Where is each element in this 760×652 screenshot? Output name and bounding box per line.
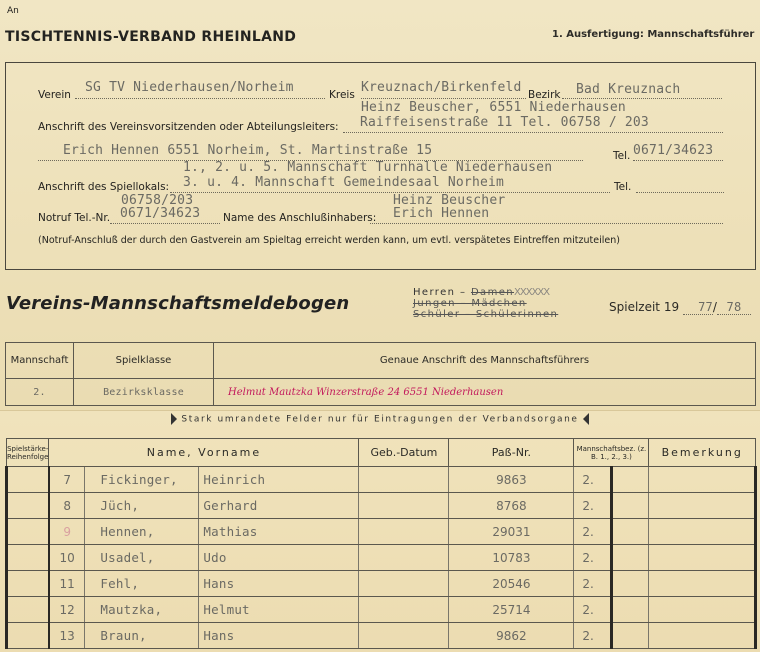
remark-cell[interactable]	[649, 493, 756, 519]
row-number: 10	[49, 545, 85, 571]
rank-cell[interactable]	[7, 571, 49, 597]
emergency-line2[interactable]: 0671/34623	[110, 206, 220, 224]
rank-cell[interactable]	[7, 467, 49, 493]
emergency-label: Notruf Tel.-Nr.	[38, 212, 110, 224]
table-row: 11 Fehl, Hans 20546 2.	[7, 571, 756, 597]
triangle-right-icon	[171, 413, 177, 425]
holder-label: Name des Anschlußinhabers:	[223, 212, 376, 224]
team-ref[interactable]: 2.	[574, 467, 612, 493]
table-row: 9 Hennen, Mathias 29031 2.	[7, 519, 756, 545]
holder-line2[interactable]: Erich Hennen	[370, 206, 723, 224]
player-table-header: Spielstärke-Reihenfolge Name, Vorname Ge…	[7, 439, 756, 467]
row-number: 12	[49, 597, 85, 623]
header-mannschaft: Mannschaft	[6, 343, 74, 379]
last-name[interactable]: Braun,	[85, 623, 199, 649]
birth-date[interactable]	[359, 623, 449, 649]
header-captain-address: Genaue Anschrift des Mannschaftsführers	[214, 343, 756, 379]
team-ref[interactable]: 2.	[574, 623, 612, 649]
rank-cell[interactable]	[7, 545, 49, 571]
birth-date[interactable]	[359, 545, 449, 571]
federation-cell[interactable]	[612, 519, 649, 545]
birth-date[interactable]	[359, 467, 449, 493]
row-number: 11	[49, 571, 85, 597]
team-number[interactable]: 2.	[6, 379, 74, 406]
remark-cell[interactable]	[649, 545, 756, 571]
first-name[interactable]: Gerhard	[199, 493, 359, 519]
last-name[interactable]: Hennen,	[85, 519, 199, 545]
header-birth: Geb.-Datum	[359, 439, 449, 467]
pass-number[interactable]: 25714	[449, 597, 574, 623]
last-name[interactable]: Fickinger,	[85, 467, 199, 493]
first-name[interactable]: Mathias	[199, 519, 359, 545]
birth-date[interactable]	[359, 571, 449, 597]
chairman-label: Anschrift des Vereinsvorsitzenden oder A…	[38, 121, 339, 133]
header-pass: Paß-Nr.	[449, 439, 574, 467]
notice-text: Stark umrandete Felder nur für Eintragun…	[181, 415, 578, 425]
kreis-label: Kreis	[329, 89, 355, 101]
rank-cell[interactable]	[7, 623, 49, 649]
row-number: 8	[49, 493, 85, 519]
chairman-line2[interactable]: Raiffeisenstraße 11 Tel. 06758 / 203	[343, 115, 723, 133]
federation-cell[interactable]	[612, 571, 649, 597]
federation-cell[interactable]	[612, 493, 649, 519]
remark-cell[interactable]	[649, 467, 756, 493]
federation-cell[interactable]	[612, 623, 649, 649]
remark-cell[interactable]	[649, 623, 756, 649]
remark-cell[interactable]	[649, 571, 756, 597]
pass-number[interactable]: 9862	[449, 623, 574, 649]
pass-number[interactable]: 9863	[449, 467, 574, 493]
season-label: Spielzeit 19	[609, 300, 679, 314]
rank-cell[interactable]	[7, 597, 49, 623]
venue-tel-field[interactable]	[636, 175, 724, 193]
pass-number[interactable]: 20546	[449, 571, 574, 597]
birth-date[interactable]	[359, 493, 449, 519]
addressee-prefix: An	[7, 6, 19, 16]
team-ref[interactable]: 2.	[574, 597, 612, 623]
row-number: 13	[49, 623, 85, 649]
footnote: (Notruf-Anschluß der durch den Gastverei…	[38, 235, 620, 246]
second-tel-field[interactable]: 0671/34623	[633, 143, 723, 161]
table-row: 8 Jüch, Gerhard 8768 2.	[7, 493, 756, 519]
last-name[interactable]: Mautzka,	[85, 597, 199, 623]
verein-label: Verein	[38, 89, 71, 101]
header-rank: Spielstärke-Reihenfolge	[7, 439, 49, 467]
team-table-header: Mannschaft Spielklasse Genaue Anschrift …	[6, 343, 756, 379]
verein-field[interactable]: SG TV Niederhausen/Norheim	[75, 80, 325, 99]
category-herren[interactable]: Herren –	[413, 287, 471, 298]
birth-date[interactable]	[359, 597, 449, 623]
form-title: Vereins-Mannschaftsmeldebogen	[6, 293, 349, 314]
federation-cell[interactable]	[612, 597, 649, 623]
first-name[interactable]: Hans	[199, 623, 359, 649]
first-name[interactable]: Hans	[199, 571, 359, 597]
venue-tel-label: Tel.	[614, 181, 631, 193]
first-name[interactable]: Heinrich	[199, 467, 359, 493]
kreis-field[interactable]: Kreuznach/Birkenfeld	[361, 80, 526, 99]
last-name[interactable]: Jüch,	[85, 493, 199, 519]
team-table: Mannschaft Spielklasse Genaue Anschrift …	[5, 342, 756, 406]
notice-banner: Stark umrandete Felder nur für Eintragun…	[0, 413, 760, 425]
last-name[interactable]: Usadel,	[85, 545, 199, 571]
federation-cell[interactable]	[612, 545, 649, 571]
team-ref[interactable]: 2.	[574, 571, 612, 597]
category-selection: Herren – DamenXXXXXX Jungen – Mädchen Sc…	[413, 287, 558, 320]
row-number: 9	[49, 519, 85, 545]
chairman-line1[interactable]: Heinz Beuscher, 6551 Niederhausen	[361, 100, 626, 115]
league[interactable]: Bezirksklasse	[74, 379, 214, 406]
first-name[interactable]: Udo	[199, 545, 359, 571]
header-team-ref: Mannschaftsbez. (z. B. 1., 2., 3.)	[574, 439, 649, 467]
category-schueler[interactable]: Schüler – Schülerinnen	[413, 309, 558, 320]
team-ref[interactable]: 2.	[574, 545, 612, 571]
team-ref[interactable]: 2.	[574, 493, 612, 519]
player-table: Spielstärke-Reihenfolge Name, Vorname Ge…	[5, 438, 757, 649]
federation-name: TISCHTENNIS-VERBAND RHEINLAND	[5, 29, 296, 45]
table-row: 10 Usadel, Udo 10783 2.	[7, 545, 756, 571]
tel-label: Tel.	[613, 150, 630, 162]
last-name[interactable]: Fehl,	[85, 571, 199, 597]
pass-number[interactable]: 8768	[449, 493, 574, 519]
table-row: 13 Braun, Hans 9862 2.	[7, 623, 756, 649]
season-to[interactable]: 78	[717, 300, 751, 315]
triangle-left-icon	[583, 413, 589, 425]
team-table-row: 2. Bezirksklasse Helmut Mautzka Winzerst…	[6, 379, 756, 406]
bezirk-field[interactable]: Bad Kreuznach	[562, 82, 722, 99]
category-jugend[interactable]: Jungen – Mädchen	[413, 298, 558, 309]
rank-cell[interactable]	[7, 493, 49, 519]
table-row: 12 Mautzka, Helmut 25714 2.	[7, 597, 756, 623]
pass-number[interactable]: 10783	[449, 545, 574, 571]
season-from[interactable]: 77	[683, 300, 713, 315]
copy-label: 1. Ausfertigung: Mannschaftsführer	[552, 29, 754, 40]
venue-line2[interactable]: 3. u. 4. Mannschaft Gemeindesaal Norheim	[170, 175, 610, 193]
season: Spielzeit 19 77/78	[609, 300, 751, 315]
remark-cell[interactable]	[649, 519, 756, 545]
federation-cell[interactable]	[612, 467, 649, 493]
team-ref[interactable]: 2.	[574, 519, 612, 545]
first-name[interactable]: Helmut	[199, 597, 359, 623]
header-name: Name, Vorname	[49, 439, 359, 467]
captain-address[interactable]: Helmut Mautzka Winzerstraße 24 6551 Nied…	[214, 379, 756, 406]
header-remark: Bemerkung	[649, 439, 756, 467]
rank-cell[interactable]	[7, 519, 49, 545]
birth-date[interactable]	[359, 519, 449, 545]
pass-number[interactable]: 29031	[449, 519, 574, 545]
remark-cell[interactable]	[649, 597, 756, 623]
row-number: 7	[49, 467, 85, 493]
table-row: 7 Fickinger, Heinrich 9863 2.	[7, 467, 756, 493]
header-spielklasse: Spielklasse	[74, 343, 214, 379]
venue-label: Anschrift des Spiellokals:	[38, 181, 169, 193]
venue-line1[interactable]: 1., 2. u. 5. Mannschaft Turnhalle Nieder…	[183, 160, 552, 175]
strike-marks: XXXXXX	[514, 287, 549, 298]
category-damen[interactable]: Damen	[471, 287, 514, 298]
second-address-field[interactable]: Erich Hennen 6551 Norheim, St. Martinstr…	[38, 143, 583, 161]
